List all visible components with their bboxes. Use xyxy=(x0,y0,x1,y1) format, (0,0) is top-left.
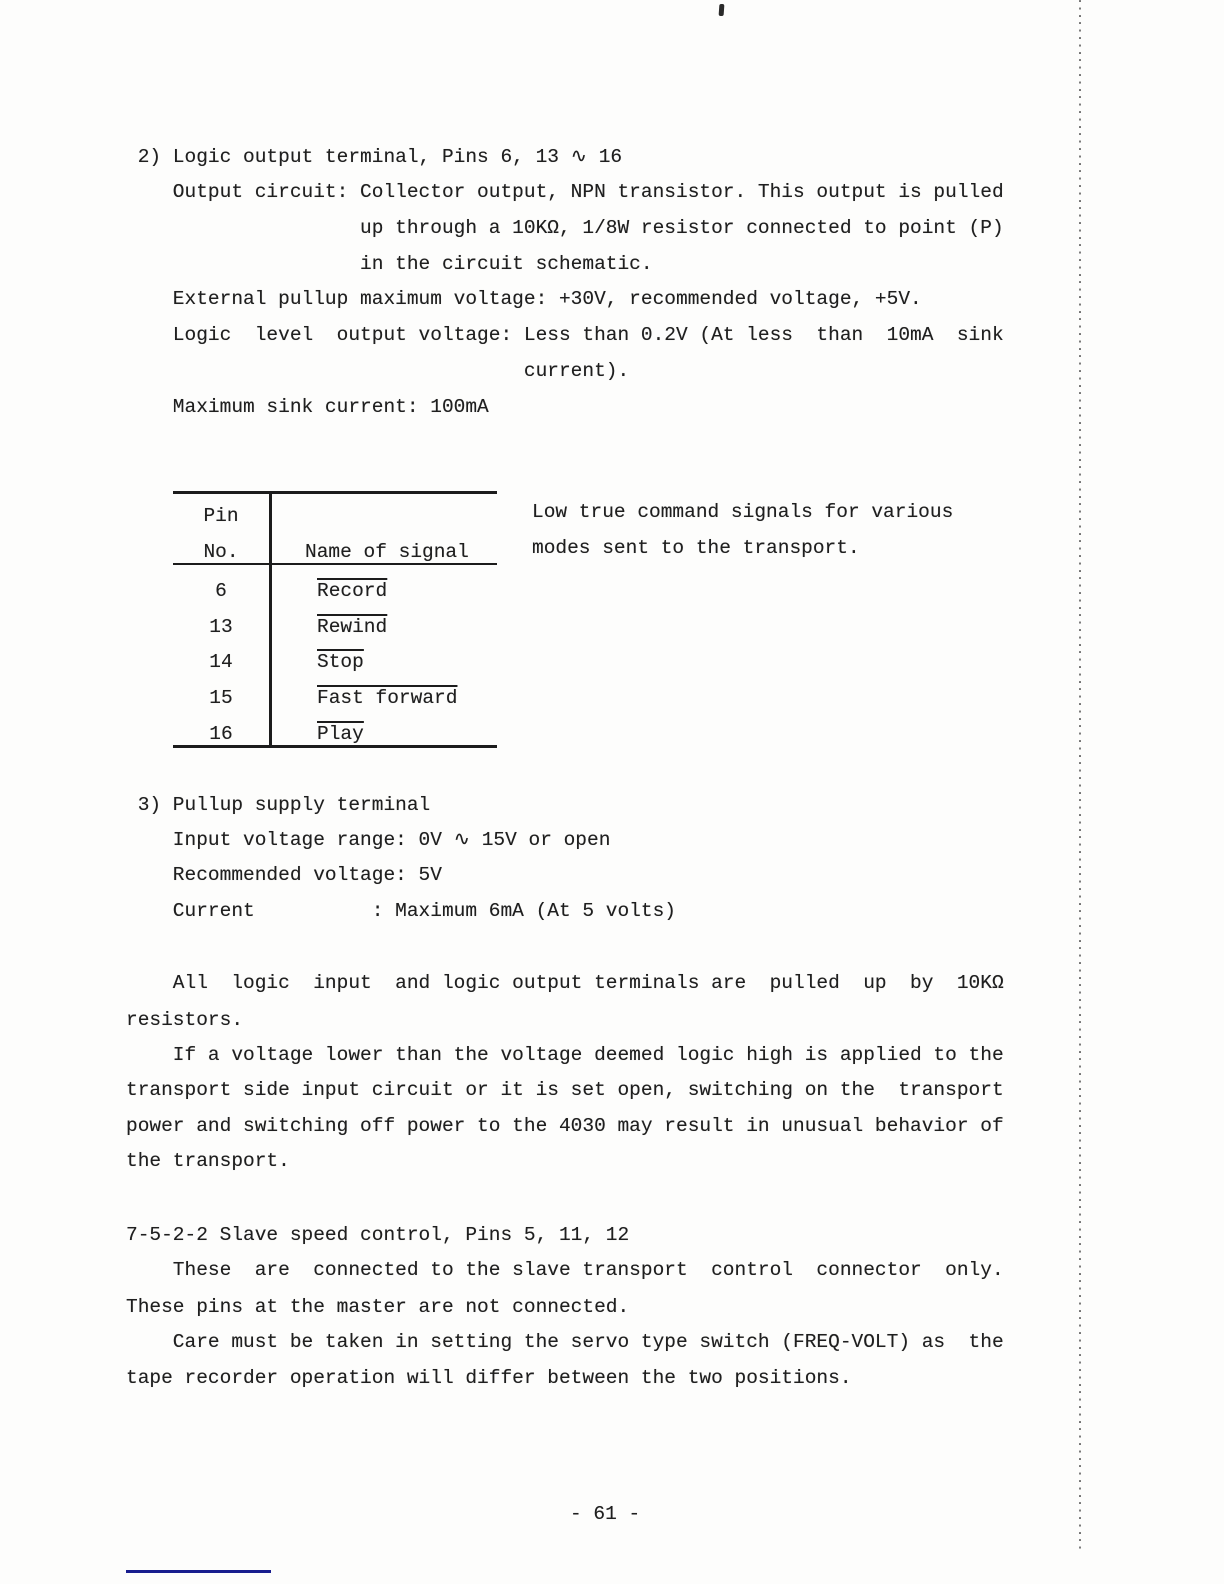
text-line: Output circuit: Collector output, NPN tr… xyxy=(126,178,1004,206)
text-line: Care must be taken in setting the servo … xyxy=(126,1328,1004,1356)
text-line: Recommended voltage: 5V xyxy=(126,861,442,889)
text-line: These pins at the master are not connect… xyxy=(126,1293,629,1321)
text-line: transport side input circuit or it is se… xyxy=(126,1076,1004,1104)
text-line: up through a 10KΩ, 1/8W resistor connect… xyxy=(126,214,1004,242)
pin-number: 16 xyxy=(173,720,269,748)
text-line: Logic level output voltage: Less than 0.… xyxy=(126,321,1004,349)
scanned-manual-page: 2) Logic output terminal, Pins 6, 13 ∿ 1… xyxy=(0,0,1224,1584)
signal-name: Rewind xyxy=(317,613,387,641)
page-number: - 61 - xyxy=(570,1500,640,1528)
signal-name: Play xyxy=(317,720,364,748)
text-line: External pullup maximum voltage: +30V, r… xyxy=(126,285,922,313)
text-line: 3) Pullup supply terminal xyxy=(126,791,430,819)
ink-underline-mark xyxy=(126,1570,271,1573)
table-side-note-line1: Low true command signals for various xyxy=(532,498,953,526)
pin-number: 6 xyxy=(173,577,269,605)
perforation-dotted-line xyxy=(1079,0,1081,1551)
text-line: Input voltage range: 0V ∿ 15V or open xyxy=(126,826,610,854)
table-header-name-of-signal: Name of signal xyxy=(305,538,469,566)
signal-name: Fast forward xyxy=(317,684,457,712)
table-column-divider xyxy=(269,494,272,745)
signal-name: Record xyxy=(317,577,387,605)
text-line: All logic input and logic output termina… xyxy=(126,969,1004,997)
text-line: in the circuit schematic. xyxy=(126,250,653,278)
pin-number: 14 xyxy=(173,648,269,676)
text-line: These are connected to the slave transpo… xyxy=(126,1256,1004,1284)
text-line: tape recorder operation will differ betw… xyxy=(126,1364,852,1392)
text-line: If a voltage lower than the voltage deem… xyxy=(126,1041,1004,1069)
signal-name: Stop xyxy=(317,648,364,676)
text-line: power and switching off power to the 403… xyxy=(126,1112,1004,1140)
table-header-no: No. xyxy=(173,538,269,566)
text-line: 2) Logic output terminal, Pins 6, 13 ∿ 1… xyxy=(126,143,622,171)
scan-speck xyxy=(719,4,725,16)
pin-signal-table: Pin No. Name of signal 6Record13Rewind14… xyxy=(173,491,497,748)
text-line: 7-5-2-2 Slave speed control, Pins 5, 11,… xyxy=(126,1221,629,1249)
text-line: resistors. xyxy=(126,1006,243,1034)
table-header-pin: Pin xyxy=(173,502,269,530)
text-line: current). xyxy=(126,357,629,385)
table-side-note-line2: modes sent to the transport. xyxy=(532,534,860,562)
pin-number: 13 xyxy=(173,613,269,641)
pin-number: 15 xyxy=(173,684,269,712)
text-line: the transport. xyxy=(126,1147,290,1175)
text-line: Maximum sink current: 100mA xyxy=(126,393,489,421)
text-line: Current : Maximum 6mA (At 5 volts) xyxy=(126,897,676,925)
